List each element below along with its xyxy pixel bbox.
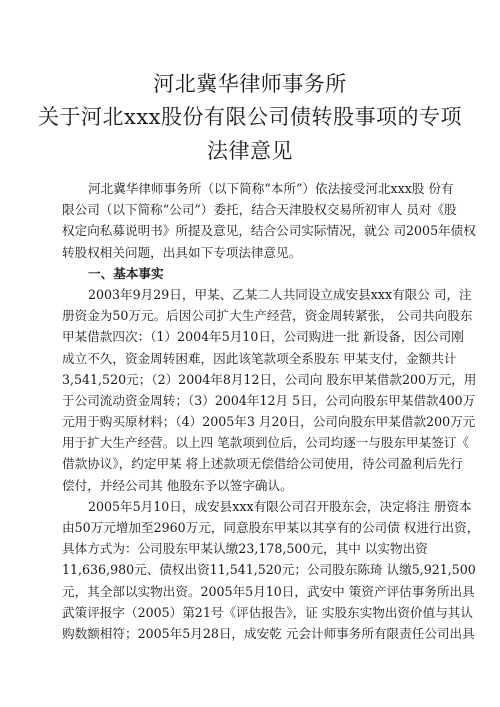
- text-line: 河北冀华律师事务所（以下简称“本所”）依法接受河北xxx股 份有: [62, 178, 440, 199]
- text-line: 元，其全部以实物出资。2005年5月10日，武安中 策资产评估事务所出具: [62, 581, 440, 602]
- text-line: 具体方式为：公司股东甲某认缴23,178,500元，其中 以实物出资: [62, 538, 440, 559]
- text-line: 元用于购买原材料；（4）2005年3 月20日，公司向股东甲某借款200万元: [62, 411, 440, 432]
- text-line: 用于扩大生产经营。以上四 笔款项到位后，公司均逐一与股东甲某签订《: [62, 432, 440, 453]
- text-line: 由50万元增加至2960万元，同意股东甲某以其享有的公司债 权进行出资，: [62, 517, 440, 538]
- text-line: 甲某借款四次：（1）2004年5月10日，公司购进一批 新设备，因公司刚: [62, 326, 440, 347]
- text-line: 限公司（以下简称“公司”）委托，结合天津股权交易所初审人 员对《股: [62, 199, 440, 220]
- text-line: 成立不久，资金周转困难，因此该笔款项全系股东 甲某支付，金额共计: [62, 348, 440, 369]
- text-line: 于公司流动资金周转；（3）2004年12月 5日，公司向股东甲某借款400万: [62, 390, 440, 411]
- text-line: 偿付，并经公司其 他股东予以签字确认。: [62, 475, 440, 496]
- text-line: 2003年9月29日，甲某、乙某二人共同设立成安县xxx有限公 司，注: [62, 284, 440, 305]
- document-title-line-1: 河北冀华律师事务所: [0, 68, 500, 98]
- text-line: 权定向私募说明书》所提及意见，结合公司实际情况，就公 司2005年债权: [62, 220, 440, 241]
- document-title-line-3: 法律意见: [0, 135, 500, 165]
- text-line: 册资金为50万元。后因公司扩大生产经营，资金周转紧张， 公司共向股东: [62, 305, 440, 326]
- text-line: 11,636,980元、债权出资11,541,520元；公司股东陈琦 认缴5,9…: [62, 559, 440, 580]
- text-line: 3,541,520元；（2）2004年8月12日，公司向 股东甲某借款200万元…: [62, 369, 440, 390]
- document-title-line-2: 关于河北xxx股份有限公司债转股事项的专项: [0, 101, 500, 131]
- section-heading: 一、基本事实: [62, 263, 440, 284]
- intro-paragraph: 河北冀华律师事务所（以下简称“本所”）依法接受河北xxx股 份有 限公司（以下简…: [62, 178, 440, 263]
- facts-paragraph-2: 2005年5月10日，成安县xxx有限公司召开股东会，决定将注 册资本 由50万…: [62, 496, 440, 644]
- facts-paragraph-1: 2003年9月29日，甲某、乙某二人共同设立成安县xxx有限公 司，注 册资金为…: [62, 284, 440, 496]
- text-line: 转股权相关问题，出具如下专项法律意见。: [62, 242, 440, 263]
- text-line: 借款协议》，约定甲某 将上述款项无偿借给公司使用，待公司盈利后先行: [62, 453, 440, 474]
- document-body: 河北冀华律师事务所（以下简称“本所”）依法接受河北xxx股 份有 限公司（以下简…: [62, 178, 440, 644]
- text-line: 2005年5月10日，成安县xxx有限公司召开股东会，决定将注 册资本: [62, 496, 440, 517]
- text-line: 武策评报字（2005）第21号《评估报告》，证 实股东实物出资价值与其认: [62, 602, 440, 623]
- text-line: 购数额相符；2005年5月28日，成安乾 元会计师事务所有限责任公司出具: [62, 623, 440, 644]
